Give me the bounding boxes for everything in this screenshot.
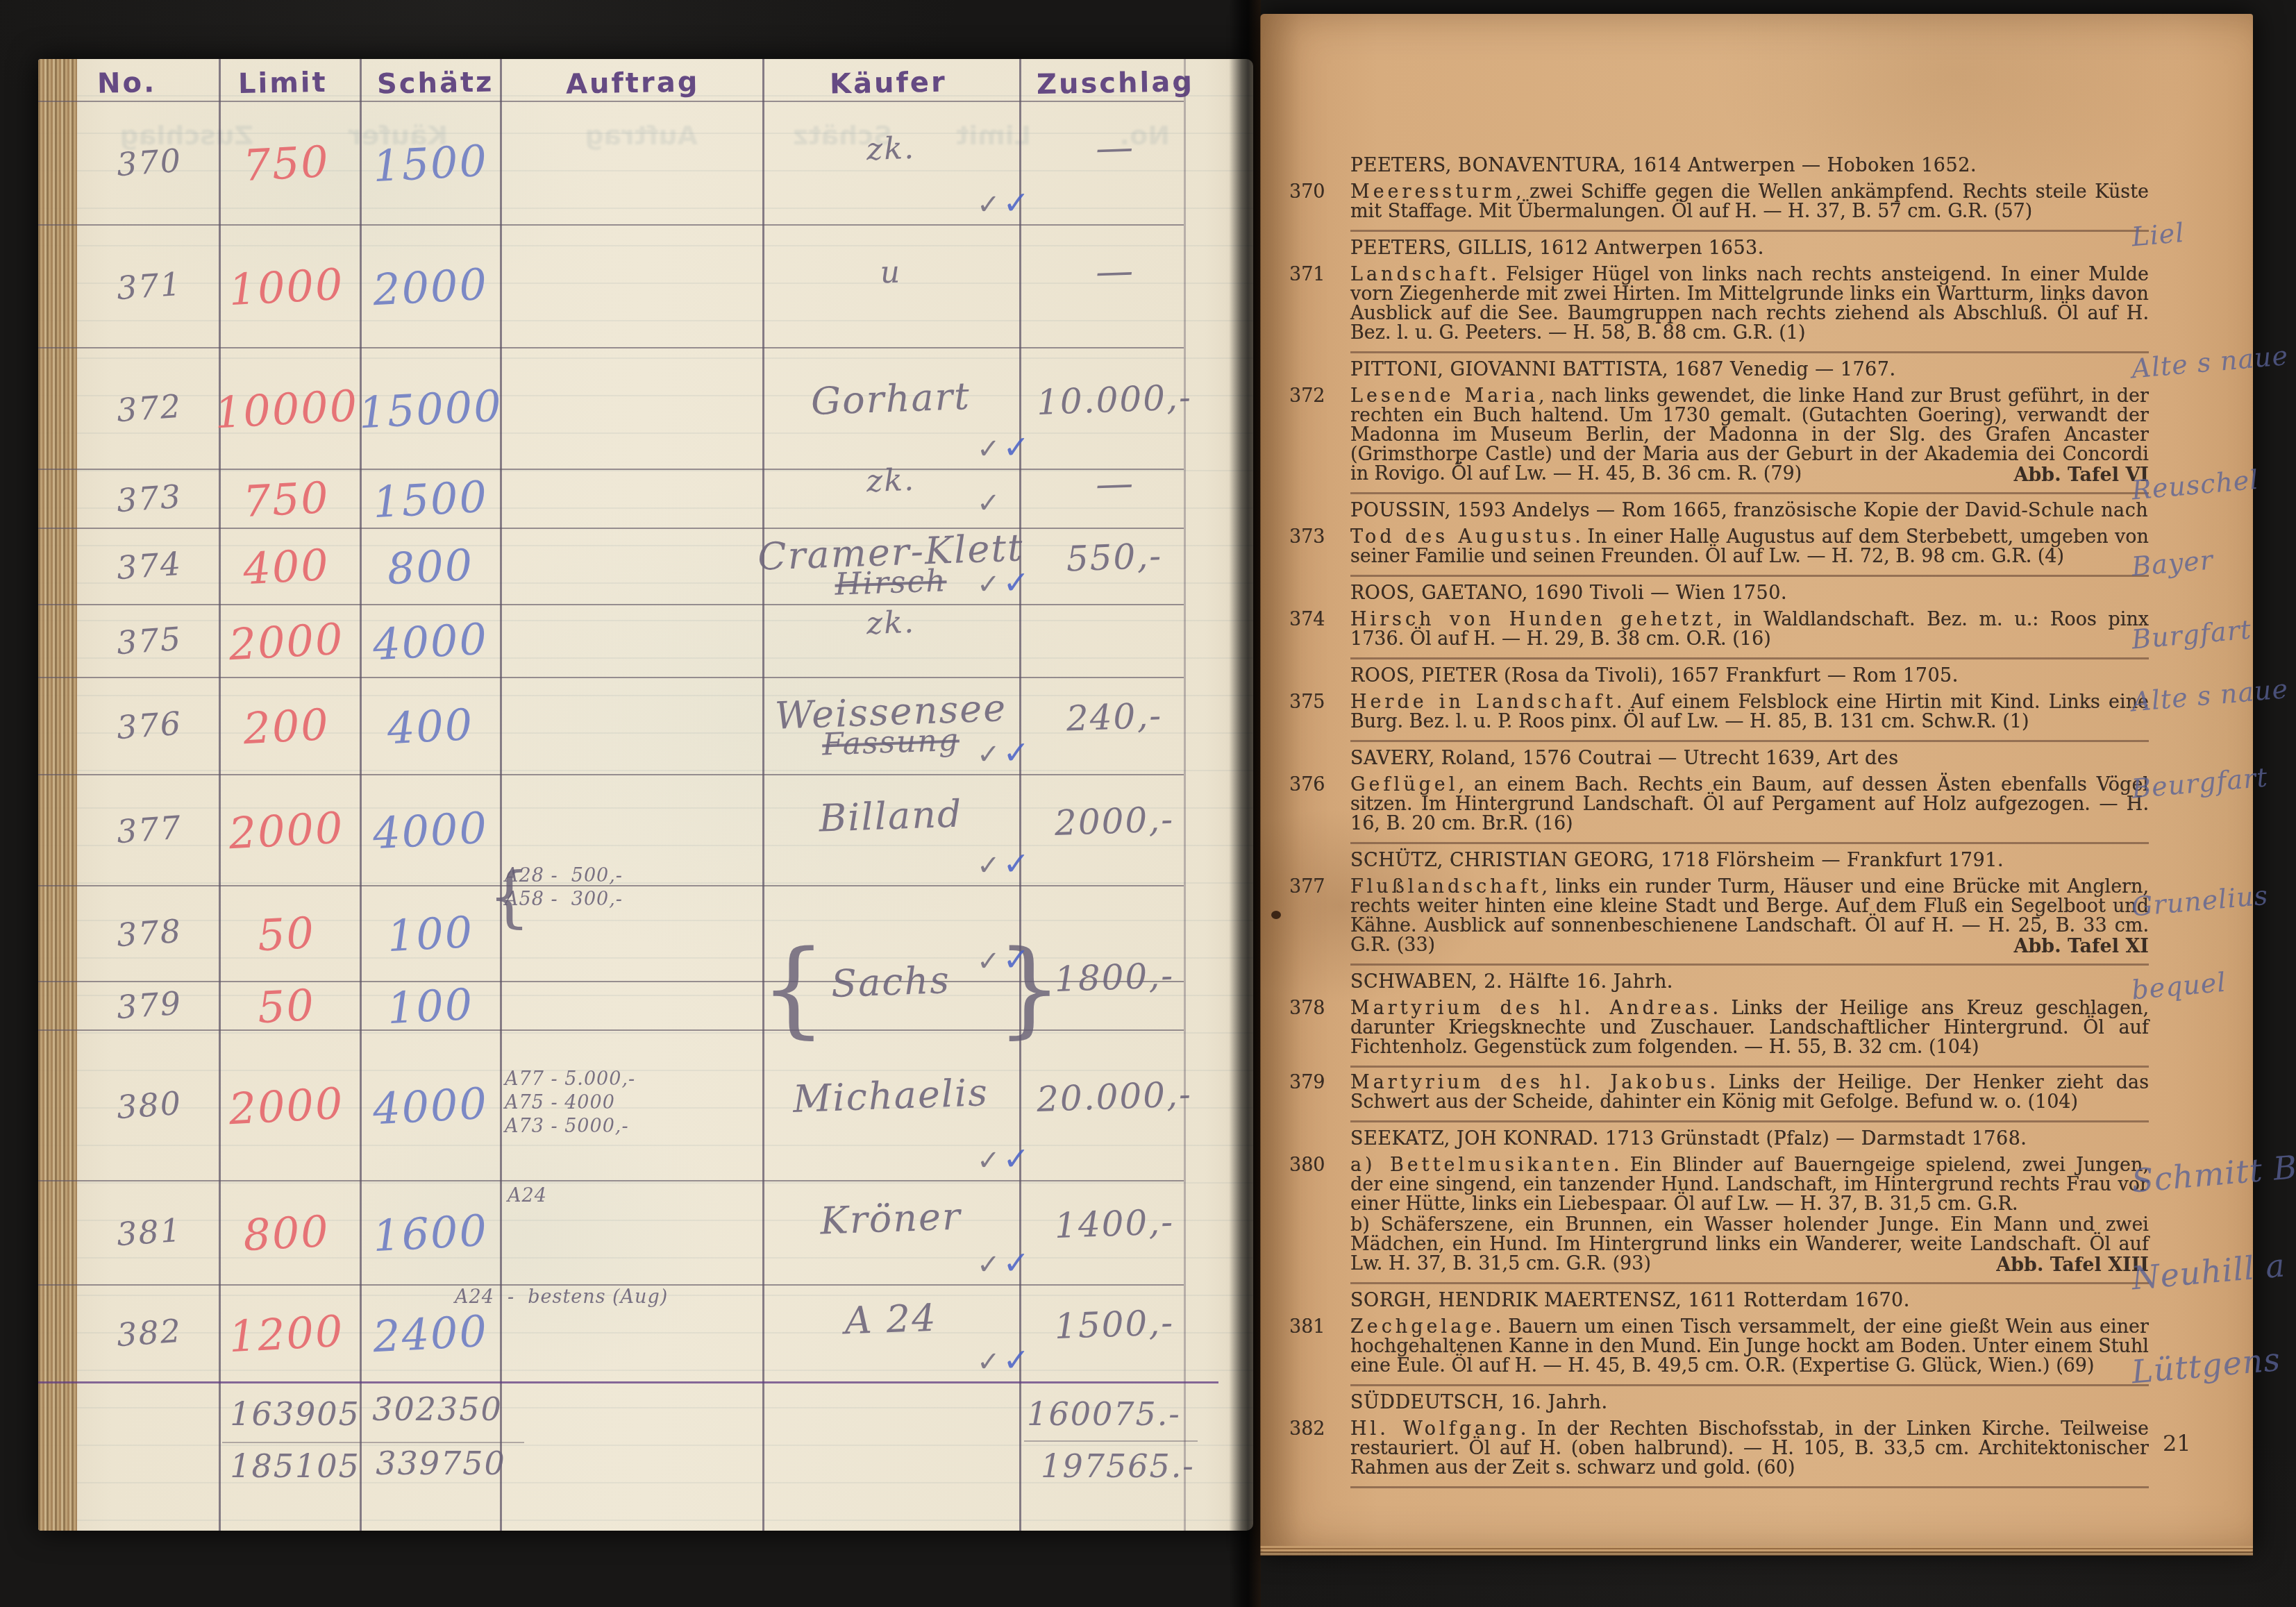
check-marks: ✓✓: [977, 1341, 1030, 1379]
catalog-entry: SCHÜTZ, CHRISTIAN GEORG, 1718 Flörsheim …: [1350, 844, 2149, 966]
check-marks: ✓✓: [977, 184, 1030, 221]
lot-title: Martyrium des hl. Andreas: [1350, 998, 1713, 1019]
ledger-row: 38212002400A24 - bestens (Aug)A 241500,-…: [38, 1284, 1253, 1381]
schaetz-cell: 4000: [353, 1077, 508, 1135]
artist-heading: SCHWABEN, 2. Hälfte 16. Jahrh.: [1350, 973, 2149, 992]
lot-description: 377Flußlandschaft, links ein runder Turm…: [1350, 877, 2149, 955]
lot-number: 375: [1289, 693, 1325, 712]
check-pencil: ✓: [977, 189, 1000, 221]
lot-number-cell: 374: [78, 542, 219, 589]
artist-heading: SAVERY, Roland, 1576 Coutrai — Utrecht 1…: [1350, 749, 2149, 768]
lot-description: 380a) Bettelmusikanten. Ein Blinder auf …: [1350, 1156, 2149, 1214]
margin-note: Lüttgens: [2130, 1340, 2286, 1391]
auftrag-note-cell: A77 - 5.000,- A75 - 4000 A73 - 5000,-: [505, 1068, 635, 1138]
catalog-entry: SCHWABEN, 2. Hälfte 16. Jahrh.378Martyri…: [1350, 966, 2149, 1068]
artist-heading: PITTONI, GIOVANNI BATTISTA, 1687 Venedig…: [1350, 360, 2149, 380]
catalog-entry: POUSSIN, 1593 Andelys — Rom 1665, franzö…: [1350, 494, 2149, 577]
col-header-schaetz: Schätz: [377, 67, 494, 101]
lot-title: Landschaft: [1350, 264, 1491, 285]
lot-title: Flußlandschaft: [1350, 876, 1542, 898]
kaeufer-cell: zk.: [751, 126, 1030, 171]
lot-number-cell: 377: [78, 806, 219, 853]
lot-description: 374Hirsch von Hunden gehetzt, in Waldlan…: [1350, 610, 2149, 649]
margin-note: Bayer: [2131, 538, 2286, 582]
limit-cell: 400: [210, 537, 362, 596]
lot-number-cell: 382: [78, 1309, 219, 1356]
ledger-row: 3721000015000Gorhart10.000,-✓✓: [38, 347, 1253, 469]
check-pencil: ✓: [977, 850, 1000, 882]
kaeufer-cell: A 24: [751, 1293, 1030, 1346]
total-schaetz_sum_2: 339750: [361, 1445, 521, 1482]
ledger-row: 37850100A28 - 500,- A58 - 300,-{{Sachs18…: [38, 885, 1253, 981]
artist-heading: PEETERS, BONAVENTURA, 1614 Antwerpen — H…: [1350, 156, 2149, 176]
margin-note: Grunelius: [2131, 878, 2286, 922]
check-blue: ✓: [1003, 564, 1030, 601]
check-pencil: ✓: [977, 1346, 1000, 1378]
kaeufer-cell: Billand: [751, 789, 1030, 843]
lot-number: 381: [1289, 1318, 1325, 1337]
catalog-entries: PEETERS, BONAVENTURA, 1614 Antwerpen — H…: [1350, 149, 2149, 1488]
margin-note: Schmitt B.: [2130, 1150, 2286, 1200]
artist-heading: PEETERS, GILLIS, 1612 Antwerpen 1653.: [1350, 239, 2149, 258]
schaetz-cell: 800: [353, 537, 508, 596]
margin-note: Alte s naue: [2131, 673, 2286, 717]
check-pencil: ✓: [977, 739, 1000, 771]
ledger-row: 37950100: [38, 981, 1253, 1029]
ledger-row: 37520004000zk.: [38, 604, 1253, 677]
check-blue: ✓: [1003, 845, 1030, 882]
zuschlag-cell: 10.000,-: [1009, 376, 1219, 423]
check-pencil: ✓: [977, 487, 1000, 519]
lot-number: 376: [1289, 775, 1325, 795]
lot-title: Tod des Augustus: [1350, 526, 1575, 548]
check-blue: ✓: [1003, 1244, 1030, 1281]
lot-number: 377: [1289, 877, 1325, 897]
check-pencil: ✓: [977, 1249, 1000, 1281]
lot-description: 379Martyrium des hl. Jakobus. Links der …: [1350, 1073, 2149, 1112]
artist-heading: SEEKATZ, JOH KONRAD. 1713 Grünstadt (Pfa…: [1350, 1129, 2149, 1149]
lot-number-cell: 380: [78, 1082, 219, 1129]
lot-description: 382Hl. Wolfgang. In der Rechten Bischofs…: [1350, 1420, 2149, 1478]
lot-description: 370Meeressturm, zwei Schiffe gegen die W…: [1350, 183, 2149, 221]
catalog-entry: ROOS, GAETANO, 1690 Tivoli — Wien 1750.3…: [1350, 577, 2149, 659]
artist-heading: SCHÜTZ, CHRISTIAN GEORG, 1718 Flörsheim …: [1350, 851, 2149, 870]
lot-title: Herde in Landschaft: [1350, 691, 1616, 713]
auftrag-note-cell: A24 - bestens (Aug): [455, 1286, 668, 1309]
check-pencil: ✓: [977, 945, 1000, 977]
check-marks: ✓✓: [977, 1244, 1030, 1281]
catalog-entry: PEETERS, GILLIS, 1612 Antwerpen 1653.371…: [1350, 232, 2149, 353]
col-header-zuschlag: Zuschlag: [1037, 66, 1195, 101]
limit-cell: 200: [210, 697, 362, 755]
limit-cell: 800: [210, 1204, 362, 1262]
artist-heading: ROOS, GAETANO, 1690 Tivoli — Wien 1750.: [1350, 584, 2149, 603]
check-blue: ✓: [1003, 734, 1030, 771]
zuschlag-cell: —: [1009, 457, 1219, 508]
ledger-page: No. Limit Schätz Auftrag Käufer Zuschlag…: [38, 59, 1253, 1531]
total-limit_sum_2: 185105: [215, 1447, 375, 1485]
schaetz-cell: 1500: [353, 134, 508, 192]
lot-title: Hl. Wolfgang: [1350, 1418, 1520, 1440]
limit-cell: 2000: [210, 612, 362, 671]
lot-title: a) Bettelmusikanten: [1350, 1154, 1614, 1176]
ledger-section-rule: [38, 1381, 1218, 1383]
catalog-entry: PITTONI, GIOVANNI BATTISTA, 1687 Venedig…: [1350, 353, 2149, 494]
schaetz-cell: 2400: [353, 1304, 508, 1363]
margin-note: bequel: [2131, 961, 2286, 1005]
check-marks: ✓✓: [977, 1140, 1030, 1177]
lot-description: 376Geflügel, an einem Bach. Rechts ein B…: [1350, 775, 2149, 834]
col-header-no: No.: [97, 67, 157, 99]
lot-number-cell: 371: [78, 262, 219, 310]
ink-spot: [1271, 911, 1281, 919]
schaetz-cell: 2000: [353, 258, 508, 316]
catalog-entry: SEEKATZ, JOH KONRAD. 1713 Grünstadt (Pfa…: [1350, 1122, 2149, 1284]
lot-description: 381Zechgelage. Bauern um einen Tisch ver…: [1350, 1318, 2149, 1376]
lot-number-cell: 370: [78, 139, 219, 186]
ledger-row: 374400800Cramer-KlettHirsch550,-✓✓: [38, 528, 1253, 604]
lot-description: 373Tod des Augustus. In einer Halle Augu…: [1350, 528, 2149, 566]
check-blue: ✓: [1003, 1140, 1030, 1177]
schaetz-cell: 1600: [353, 1204, 508, 1262]
total-zuschlag_sum_1: 160075.-: [1024, 1395, 1184, 1433]
schaetz-cell: 100: [353, 977, 508, 1035]
lot-number: 371: [1289, 265, 1325, 285]
schaetz-cell: 4000: [353, 612, 508, 671]
col-header-auftrag: Auftrag: [566, 66, 700, 100]
zuschlag-cell: 1500,-: [1009, 1301, 1219, 1348]
total-zuschlag_sum_2: 197565.-: [1038, 1447, 1198, 1485]
ledger-row: 37720004000Billand2000,-✓✓: [38, 774, 1253, 885]
lot-number: 380: [1289, 1156, 1325, 1175]
lot-description: 378Martyrium des hl. Andreas. Links der …: [1350, 999, 2149, 1057]
lot-number: 382: [1289, 1420, 1325, 1439]
lot-number-cell: 372: [78, 385, 219, 432]
col-header-limit: Limit: [238, 67, 328, 100]
lot-number-cell: 379: [78, 982, 219, 1029]
lot-title: Martyrium des hl. Jakobus: [1350, 1072, 1710, 1093]
limit-cell: 750: [210, 134, 362, 192]
book-spread: No. Limit Schätz Auftrag Käufer Zuschlag…: [0, 0, 2296, 1607]
check-marks: ✓: [977, 487, 1003, 519]
catalog-entry: SÜDDEUTSCH, 16. Jahrh.382Hl. Wolfgang. I…: [1350, 1386, 2149, 1488]
zuschlag-cell: 550,-: [1009, 534, 1219, 581]
kaeufer-cell: Gorhart: [751, 372, 1030, 426]
lot-description-b: b) Schäferszene, ein Brunnen, ein Wasser…: [1350, 1215, 2149, 1274]
lot-number: 374: [1289, 610, 1325, 630]
artist-heading: POUSSIN, 1593 Andelys — Rom 1665, franzö…: [1350, 501, 2149, 521]
col-header-kaeufer: Käufer: [830, 67, 948, 101]
limit-cell: 2000: [210, 1077, 362, 1135]
limit-cell: 750: [210, 470, 362, 528]
limit-cell: 1000: [210, 258, 362, 316]
lot-number-cell: 375: [78, 617, 219, 664]
limit-cell: 1200: [210, 1304, 362, 1363]
zuschlag-cell: 2000,-: [1009, 798, 1219, 845]
zuschlag-cell: 240,-: [1009, 693, 1219, 741]
totals-separator-left: [222, 1442, 524, 1443]
limit-cell: 2000: [210, 801, 362, 859]
check-marks: ✓✓: [977, 734, 1030, 771]
check-marks: ✓✓: [977, 941, 1030, 978]
catalog-entry: PEETERS, BONAVENTURA, 1614 Antwerpen — H…: [1350, 149, 2149, 232]
zuschlag-cell: —: [1009, 245, 1219, 296]
kaeufer-cell: Michaelis: [751, 1069, 1030, 1122]
lot-title: Lesende Maria: [1350, 385, 1539, 407]
kaeufer-cell: zk.: [751, 600, 1030, 646]
artist-heading: SORGH, HENDRIK MAERTENSZ, 1611 Rotterdam…: [1350, 1291, 2149, 1311]
check-marks: ✓✓: [977, 564, 1030, 601]
limit-cell: 50: [210, 977, 362, 1035]
lot-description: 371Landschaft. Felsiger Hügel von links …: [1350, 265, 2149, 343]
auftrag-brace: {: [488, 857, 530, 935]
total-limit_sum_1: 163905: [215, 1395, 375, 1433]
zuschlag-cell: —: [1009, 122, 1219, 173]
lot-description: 372Lesende Maria, nach links gewendet, d…: [1350, 387, 2149, 484]
lot-title: Zechgelage: [1350, 1316, 1495, 1338]
zuschlag-cell: 1400,-: [1009, 1200, 1219, 1247]
ledger-row: 3737501500zk.—✓: [38, 469, 1253, 528]
limit-cell: 50: [210, 905, 362, 963]
check-blue: ✓: [1003, 941, 1030, 978]
lot-number-cell: 376: [78, 702, 219, 749]
kaeufer-cell: u: [751, 250, 1030, 295]
check-blue: ✓: [1003, 1341, 1030, 1379]
totals-separator-right: [1024, 1440, 1198, 1442]
page-number: 21: [2163, 1430, 2191, 1456]
ledger-row: 3818001600A24Kröner1400,-✓✓: [38, 1180, 1253, 1284]
book-gutter: [1229, 0, 1261, 1607]
margin-note: Alte s naue: [2131, 340, 2286, 384]
limit-cell: 10000: [210, 380, 362, 438]
ledger-row: 38020004000A77 - 5.000,- A75 - 4000 A73 …: [38, 1029, 1253, 1180]
catalog-entry: ROOS, PIETER (Rosa da Tivoli), 1657 Fran…: [1350, 659, 2149, 742]
schaetz-cell: 400: [353, 697, 508, 755]
lot-number: 370: [1289, 183, 1325, 202]
lot-title: Hirsch von Hunden gehetzt: [1350, 609, 1716, 630]
catalog-page: PEETERS, BONAVENTURA, 1614 Antwerpen — H…: [1260, 14, 2253, 1551]
kaeufer-cell: Kröner: [751, 1192, 1030, 1245]
margin-note: Liel: [2131, 208, 2286, 252]
ledger-row: 376200400WeissenseeFassung240,-✓✓: [38, 677, 1253, 774]
check-marks: ✓✓: [977, 845, 1030, 882]
artist-heading: ROOS, PIETER (Rosa da Tivoli), 1657 Fran…: [1350, 666, 2149, 686]
lot-title: Meeressturm: [1350, 181, 1516, 203]
lot-number-cell: 381: [78, 1209, 219, 1256]
catalog-entry: SAVERY, Roland, 1576 Coutrai — Utrecht 1…: [1350, 742, 2149, 844]
check-pencil: ✓: [977, 569, 1000, 600]
margin-note: Reuschel: [2131, 462, 2286, 505]
schaetz-cell: 100: [353, 905, 508, 963]
margin-note: Beurgfart: [2131, 760, 2286, 804]
lot-number: 379: [1289, 1073, 1325, 1093]
schaetz-cell: 4000: [353, 801, 508, 859]
total-schaetz_sum_1: 302350: [358, 1390, 517, 1428]
ledger-row: 37110002000u—: [38, 224, 1253, 347]
lot-title: Geflügel: [1350, 774, 1458, 796]
schaetz-cell: 1500: [353, 470, 508, 528]
check-pencil: ✓: [977, 1145, 1000, 1177]
margin-note: Burgfart: [2131, 611, 2286, 655]
artist-heading: SÜDDEUTSCH, 16. Jahrh.: [1350, 1393, 2149, 1413]
zuschlag-cell: 20.000,-: [1009, 1072, 1219, 1120]
lot-description: 375Herde in Landschaft. Auf einem Felsbl…: [1350, 693, 2149, 732]
lot-number: 372: [1289, 387, 1325, 406]
margin-note: Neuhill a: [2130, 1247, 2286, 1297]
schaetz-cell: 15000: [353, 380, 508, 438]
lot-number: 373: [1289, 528, 1325, 547]
lot-number-cell: 373: [78, 475, 219, 522]
catalog-entry: SORGH, HENDRIK MAERTENSZ, 1611 Rotterdam…: [1350, 1284, 2149, 1386]
ledger-row: 3707501500zk.—✓✓: [38, 101, 1253, 224]
catalog-entry: 379Martyrium des hl. Jakobus. Links der …: [1350, 1068, 2149, 1122]
lot-number: 378: [1289, 999, 1325, 1018]
check-blue: ✓: [1003, 184, 1030, 221]
auftrag-note-cell: A24: [508, 1184, 547, 1208]
lot-number-cell: 378: [78, 909, 219, 957]
